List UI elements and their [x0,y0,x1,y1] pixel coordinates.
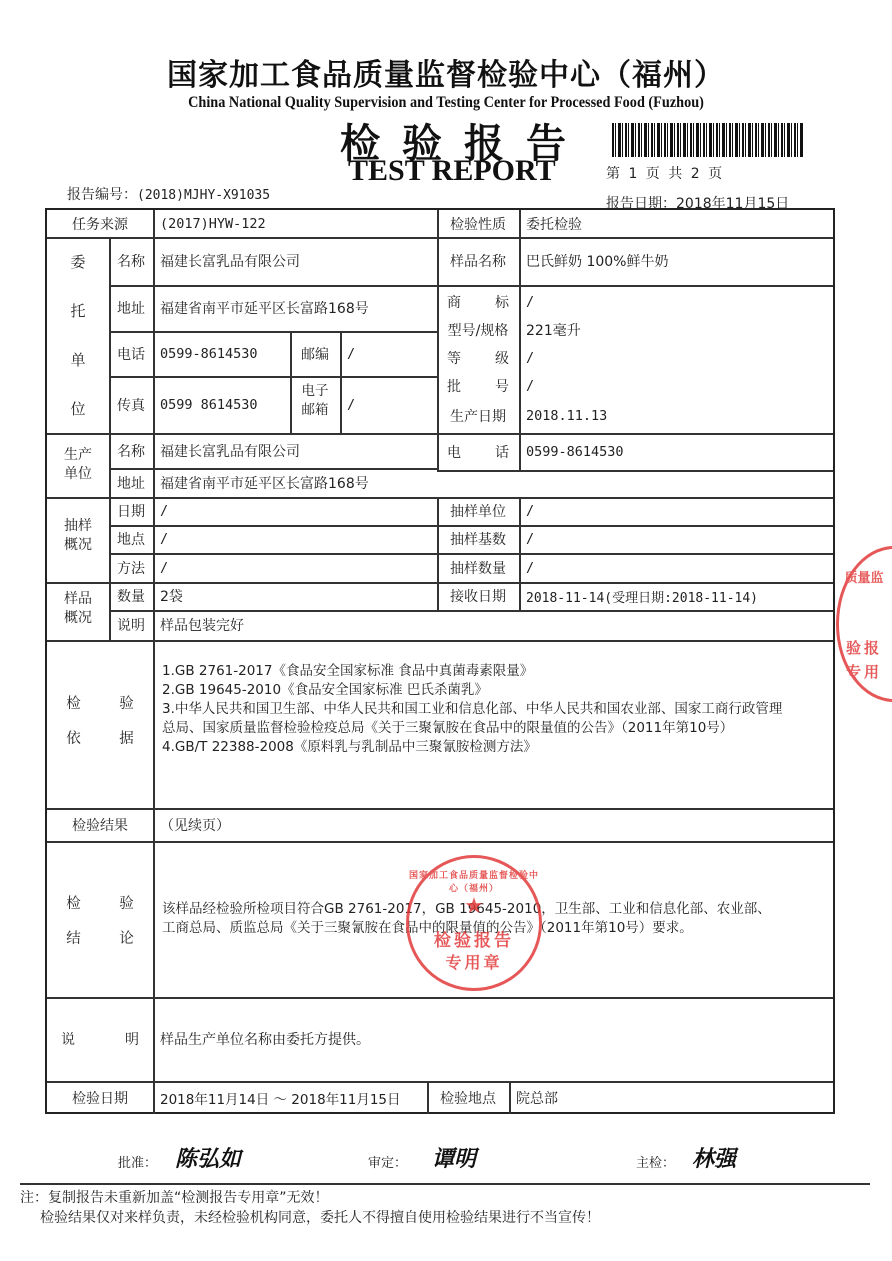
test-location-value: 院总部 [510,1081,816,1114]
approve-label: 批准： [118,1152,157,1171]
producer-phone-label-char: 电 [447,442,461,462]
client-phone-label: 电话 [109,331,153,376]
sample-name-label: 样品名称 [437,237,519,285]
spec-label: 型号/规格 [437,316,519,344]
basis-item: 1.GB 2761-2017《食品安全国家标准 食品中真菌毒素限量》 [162,662,533,681]
report-title-en: TEST REPORT [348,154,556,188]
sampling-place-value: / [154,525,443,553]
client-label-char: 位 [70,398,85,419]
client-label-char: 单 [70,349,85,370]
page-indicator: 第 1 页 共 2 页 [606,163,724,183]
test-location-label: 检验地点 [427,1081,509,1114]
conclusion-label-char: 检 [66,892,81,913]
notes-divider [20,1183,870,1185]
received-date-label: 接收日期 [437,582,519,610]
test-basis-list: 1.GB 2761-2017《食品安全国家标准 食品中真菌毒素限量》 2.GB … [154,662,794,802]
edge-seal: 质量监 验报 专用 [836,546,892,702]
sampling-method-label: 方法 [109,553,153,582]
trademark-label: 商标 [437,288,519,316]
batch-label-char: 批 [447,376,461,396]
basis-label-char: 依 [66,727,81,748]
sample-count-value: 2袋 [154,582,443,610]
batch-label: 批号 [437,372,519,400]
seal-center-text: 检验报告 [409,926,539,951]
grade-value: / [520,344,836,372]
edge-seal-top-text: 质量监 [809,567,892,586]
producer-address-value: 福建省南平市延平区长富路168号 [154,468,760,497]
sample-count-label: 数量 [109,582,153,610]
remark-value: 样品生产单位名称由委托方提供。 [154,997,760,1081]
client-group-label: 委 托 单 位 [47,237,109,433]
client-postcode-value: / [341,331,443,376]
test-basis-label: 检 验 依 据 [47,685,153,755]
producer-address-label: 地址 [109,468,153,497]
client-label-char: 委 [70,251,85,272]
basis-item: 4.GB/T 22388-2008《原料乳与乳制品中三聚氰胺检测方法》 [162,738,537,757]
inspection-report-seal: 国家加工食品质量监督检验中心（福州） ★ 检验报告 专用章 [406,855,542,991]
producer-phone-label: 电话 [437,433,519,470]
client-email-value: / [341,376,443,433]
remark-label-char: 明 [125,1029,139,1049]
trademark-label-char: 商 [447,292,461,312]
sample-desc-value: 样品包装完好 [154,610,760,640]
sampling-quantity-value: / [520,553,836,582]
center-title-en: China National Quality Supervision and T… [36,94,857,112]
sampling-unit-label: 抽样单位 [437,497,519,525]
task-source-value: (2017)HYW-122 [154,210,443,237]
producer-phone-value: 0599-8614530 [520,433,836,470]
seal-ring-text: 国家加工食品质量监督检验中心（福州） [409,868,539,894]
seal-star-icon: ★ [409,894,539,919]
grade-label: 等级 [437,344,519,372]
remark-label-char: 说 [61,1029,75,1049]
conclusion-label-char: 结 [66,927,81,948]
client-fax-label: 传真 [109,376,153,433]
signature-row: 批准： 陈弘如 审定： 谭明 主检： 林强 [0,1140,892,1180]
conclusion-label: 检 验 结 论 [47,885,153,955]
sample-name-value: 巴氏鲜奶 100%鲜牛奶 [520,237,836,285]
note-line-2: 检验结果仅对来样负责，未经检验机构同意，委托人不得擅自使用检验结果进行不当宣传！ [40,1208,600,1228]
grade-label-char: 等 [447,348,461,368]
center-title-cn: 国家加工食品质量监督检验中心（福州） [0,50,892,94]
basis-label-char: 验 [119,692,134,713]
sampling-place-label: 地点 [109,525,153,553]
sample-desc-label: 说明 [109,610,153,640]
report-number-label: 报告编号： [67,187,137,203]
client-address-label: 地址 [109,285,153,331]
test-result-label: 检验结果 [47,808,153,841]
test-period-label: 检验日期 [47,1081,153,1114]
sampling-quantity-label: 抽样数量 [437,553,519,582]
basis-label-char: 据 [119,727,134,748]
report-number: 报告编号：(2018)MJHY-X91035 [67,184,270,204]
report-number-value: (2018)MJHY-X91035 [137,188,270,203]
footer-notes: 注：复制报告未重新加盖“检测报告专用章”无效！ 检验结果仅对来样负责，未经检验机… [40,1188,600,1228]
production-date-value: 2018.11.13 [520,402,836,430]
client-phone-value: 0599-8614530 [154,331,296,376]
sampling-unit-value: / [520,497,836,525]
sampling-date-value: / [154,497,443,525]
task-source-label: 任务来源 [47,210,153,237]
batch-label-char: 号 [495,376,509,396]
chief-tester-label: 主检： [636,1152,675,1171]
edge-seal-mid-text: 验报 [809,637,892,658]
sampling-method-value: / [154,553,443,582]
note-line-1: 注：复制报告未重新加盖“检测报告专用章”无效！ [20,1188,600,1208]
edge-seal-bottom-text: 专用 [809,661,892,682]
review-label: 审定： [368,1152,407,1171]
test-nature-label: 检验性质 [437,210,519,237]
basis-item: 2.GB 19645-2010《食品安全国家标准 巴氏杀菌乳》 [162,681,488,700]
client-email-label: 电子邮箱 [290,382,340,432]
batch-value: / [520,372,836,400]
producer-name-label: 名称 [109,433,153,468]
approve-signature: 陈弘如 [175,1142,241,1173]
conclusion-label-char: 论 [119,927,134,948]
sampling-date-label: 日期 [109,497,153,525]
barcode [612,123,804,157]
seal-bottom-text: 专用章 [409,950,539,973]
producer-phone-label-char: 话 [495,442,509,462]
client-label-char: 托 [70,300,85,321]
client-fax-value: 0599 8614530 [154,376,296,433]
test-period-value: 2018年11月14日 ～ 2018年11月15日 [154,1081,433,1114]
sampling-base-label: 抽样基数 [437,525,519,553]
client-name-label: 名称 [109,237,153,285]
producer-name-value: 福建长富乳品有限公司 [154,433,443,468]
remark-label: 说明 [47,997,153,1081]
sampling-base-value: / [520,525,836,553]
trademark-value: / [520,288,836,316]
sample-info-group-label: 样品概况 [47,590,109,634]
sampling-group-label: 抽样概况 [47,517,109,561]
received-date-value: 2018-11-14(受理日期:2018-11-14) [520,582,836,610]
production-date-label: 生产日期 [437,402,519,430]
client-name-value: 福建长富乳品有限公司 [154,237,443,285]
producer-group-label: 生产单位 [47,446,109,486]
test-nature-value: 委托检验 [520,210,836,237]
client-postcode-label: 邮编 [290,331,340,376]
basis-item: 3.中华人民共和国卫生部、中华人民共和国工业和信息化部、中华人民共和国农业部、国… [162,700,786,738]
test-result-value: （见续页） [154,808,760,841]
chief-tester-signature: 林强 [692,1142,736,1173]
grade-label-char: 级 [495,348,509,368]
basis-label-char: 检 [66,692,81,713]
client-address-value: 福建省南平市延平区长富路168号 [154,285,443,331]
trademark-label-char: 标 [495,292,509,312]
review-signature: 谭明 [432,1142,476,1173]
spec-value: 221毫升 [520,316,836,344]
conclusion-label-char: 验 [119,892,134,913]
